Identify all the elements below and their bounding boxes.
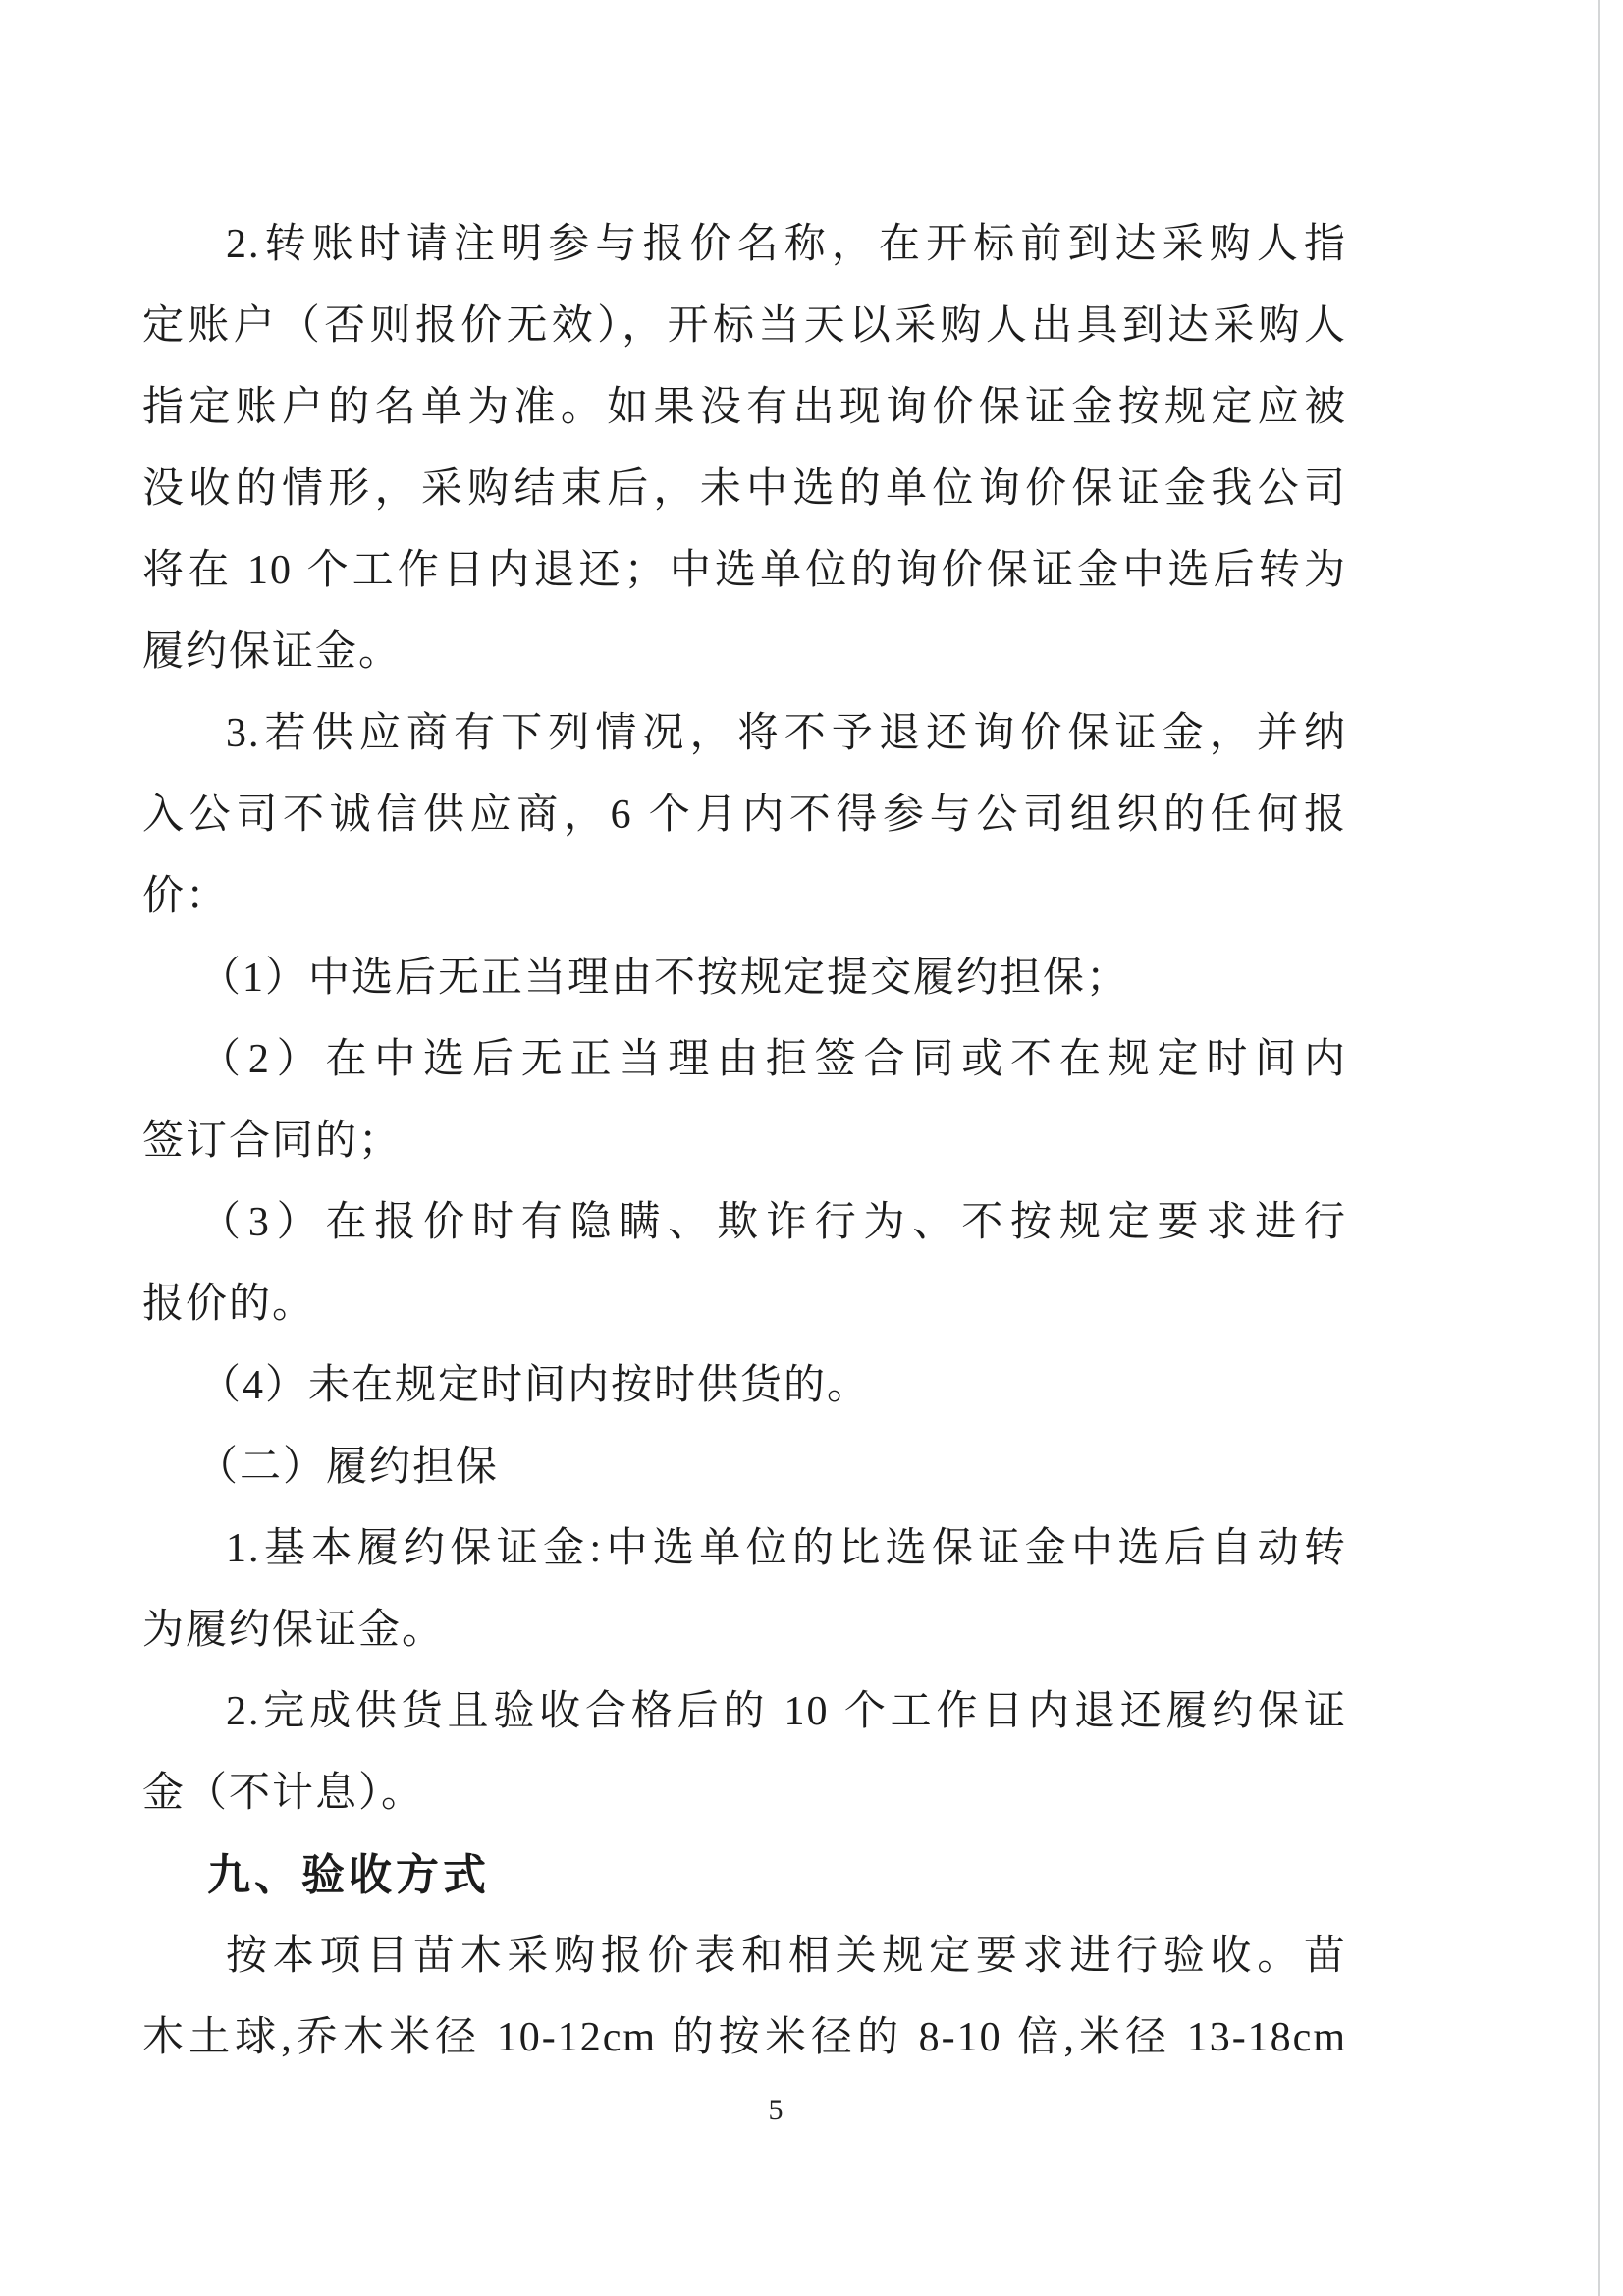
text-line: 将在 10 个工作日内退还；中选单位的询价保证金中选后转为 — [142, 530, 1347, 612]
text-line: 没收的情形，采购结束后，未中选的单位询价保证金我公司 — [142, 449, 1347, 530]
document-body-text: 2.转账时请注明参与报价名称，在开标前到达采购人指定账户（否则报价无效），开标当… — [142, 204, 1347, 2079]
text-line: 为履约保证金。 — [142, 1590, 1347, 1671]
text-line: 2.完成供货且验收合格后的 10 个工作日内退还履约保证 — [142, 1671, 1347, 1753]
text-line: 按本项目苗木采购报价表和相关规定要求进行验收。苗 — [142, 1916, 1347, 1997]
text-line: 木土球,乔木米径 10-12cm 的按米径的 8-10 倍,米径 13-18cm — [142, 1997, 1347, 2079]
text-line: （4）未在规定时间内按时供货的。 — [142, 1345, 1347, 1427]
text-line: （2）在中选后无正当理由拒签合同或不在规定时间内 — [142, 1019, 1347, 1101]
text-line: 签订合同的； — [142, 1101, 1347, 1182]
text-line: 定账户（否则报价无效），开标当天以采购人出具到达采购人 — [142, 286, 1347, 367]
text-line: 入公司不诚信供应商，6 个月内不得参与公司组织的任何报 — [142, 775, 1347, 856]
text-line: （1）中选后无正当理由不按规定提交履约担保； — [142, 938, 1347, 1019]
text-line: 价： — [142, 856, 1347, 938]
text-line: 2.转账时请注明参与报价名称，在开标前到达采购人指 — [142, 204, 1347, 286]
document-page: 2.转账时请注明参与报价名称，在开标前到达采购人指定账户（否则报价无效），开标当… — [0, 0, 1623, 2296]
text-line: 履约保证金。 — [142, 612, 1347, 693]
text-line: 金（不计息）。 — [142, 1753, 1347, 1834]
section-heading: 九、验收方式 — [142, 1834, 1347, 1916]
page-number: 5 — [0, 2094, 1551, 2127]
text-line: （二）履约担保 — [142, 1427, 1347, 1508]
scan-border-artifact — [1598, 0, 1600, 2296]
text-line: 1.基本履约保证金:中选单位的比选保证金中选后自动转 — [142, 1508, 1347, 1590]
text-line: 3.若供应商有下列情况，将不予退还询价保证金，并纳 — [142, 693, 1347, 775]
text-line: 报价的。 — [142, 1264, 1347, 1345]
text-line: （3）在报价时有隐瞒、欺诈行为、不按规定要求进行 — [142, 1182, 1347, 1264]
text-line: 指定账户的名单为准。如果没有出现询价保证金按规定应被 — [142, 367, 1347, 449]
